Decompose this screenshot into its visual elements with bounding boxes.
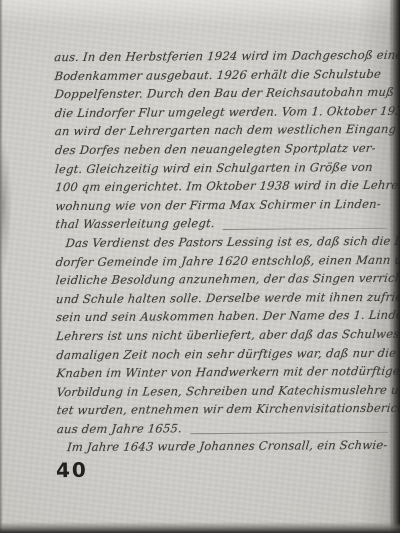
handwritten-line: sein und sein Auskommen haben. Der Name … xyxy=(55,308,389,329)
handwritten-line: Doppelfenster. Durch den Bau der Reichsa… xyxy=(54,85,388,106)
handwritten-line-text: dorfer Gemeinde im Jahre 1620 entschloß,… xyxy=(55,252,400,269)
handwritten-line: 100 qm eingerichtet. Im Oktober 1938 wir… xyxy=(54,178,388,199)
handwritten-line-text: Bodenkammer ausgebaut. 1926 erhält die S… xyxy=(54,66,382,82)
handwritten-line: Das Verdienst des Pastors Lessing ist es… xyxy=(55,234,389,255)
handwritten-line: des Dorfes neben den neuangelegten Sport… xyxy=(54,141,388,162)
handwritten-line-text: an wird der Lehrergarten nach dem westli… xyxy=(54,122,397,138)
handwritten-line: Lehrers ist uns nicht überliefert, aber … xyxy=(56,327,390,348)
paper-highlight xyxy=(0,0,400,26)
handwritten-text-block: aus. In den Herbstferien 1924 wird im Da… xyxy=(54,48,391,459)
handwritten-line-text: Vorbildung in Lesen, Schreiben und Katec… xyxy=(56,382,400,399)
fill-rule-line xyxy=(223,228,387,230)
scan-edge-left xyxy=(0,0,3,533)
handwritten-line: legt. Gleichzeitig wird ein Schulgarten … xyxy=(54,159,388,180)
fill-rule-line xyxy=(190,432,388,434)
scanned-page: aus. In den Herbstferien 1924 wird im Da… xyxy=(0,0,400,533)
handwritten-line-text: aus dem Jahre 1655. xyxy=(56,421,182,436)
handwritten-line: Im Jahre 1643 wurde Johannes Cronsall, e… xyxy=(56,438,390,459)
handwritten-line: an wird der Lehrergarten nach dem westli… xyxy=(54,122,388,143)
handwritten-line: Knaben im Winter von Handwerkern mit der… xyxy=(56,364,390,385)
handwritten-line-text: Doppelfenster. Durch den Bau der Reichsa… xyxy=(54,85,395,101)
handwritten-line-text: die Lindorfer Flur umgelegt werden. Vom … xyxy=(54,103,400,119)
handwritten-line-text: thal Wasserleitung gelegt. xyxy=(55,216,216,231)
handwritten-line: damaligen Zeit noch ein sehr dürftiges w… xyxy=(56,345,390,366)
page-number: 40 xyxy=(56,458,88,483)
handwritten-line: leidliche Besoldung anzunehmen, der das … xyxy=(55,271,389,292)
scan-edge-bottom xyxy=(0,522,400,533)
handwritten-line-text: tet wurden, entnehmen wir dem Kirchenvis… xyxy=(56,401,400,418)
handwritten-line: aus. In den Herbstferien 1924 wird im Da… xyxy=(54,48,388,69)
handwritten-line-text: wohnung wie von der Firma Max Schirmer i… xyxy=(55,197,382,213)
handwritten-line-text: Im Jahre 1643 wurde Johannes Cronsall, e… xyxy=(66,438,388,454)
handwritten-line-text: Das Verdienst des Pastors Lessing ist es… xyxy=(65,234,400,250)
handwritten-line-text: damaligen Zeit noch ein sehr dürftiges w… xyxy=(56,345,397,361)
handwritten-line: tet wurden, entnehmen wir dem Kirchenvis… xyxy=(56,401,390,422)
handwritten-line-text: des Dorfes neben den neuangelegten Sport… xyxy=(54,141,376,157)
handwritten-line-text: Lehrers ist uns nicht überliefert, aber … xyxy=(56,326,400,343)
handwritten-line: wohnung wie von der Firma Max Schirmer i… xyxy=(55,197,389,218)
handwritten-line-text: legt. Gleichzeitig wird ein Schulgarten … xyxy=(54,160,373,176)
handwritten-line: thal Wasserleitung gelegt. xyxy=(55,215,389,236)
handwritten-line-text: und Schule halten solle. Derselbe werde … xyxy=(55,289,400,306)
handwritten-line: dorfer Gemeinde im Jahre 1620 entschloß,… xyxy=(55,252,389,273)
handwritten-line-text: Knaben im Winter von Handwerkern mit der… xyxy=(56,364,400,380)
scan-edge-right xyxy=(389,0,400,533)
handwritten-line-text: aus. In den Herbstferien 1924 wird im Da… xyxy=(54,48,400,64)
handwritten-line-text: sein und sein Auskommen haben. Der Name … xyxy=(55,308,400,325)
handwritten-line-text: leidliche Besoldung anzunehmen, der das … xyxy=(55,271,400,288)
handwritten-line-text: 100 qm eingerichtet. Im Oktober 1938 wir… xyxy=(55,178,400,194)
